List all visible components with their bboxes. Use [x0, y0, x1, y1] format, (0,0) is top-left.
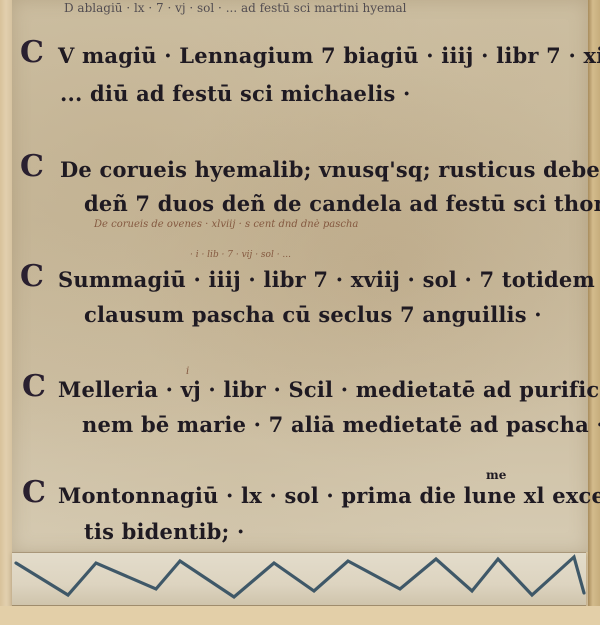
- marginal-gloss: De corueis de ovenes · xlviij · s cent d…: [94, 219, 358, 230]
- right-mount-edge: [588, 0, 600, 625]
- entry-line: V magiū · Lennagium 7 biagiū · iiij · li…: [58, 44, 600, 68]
- paragraph-marker: C: [20, 262, 44, 292]
- paragraph-marker: C: [22, 478, 46, 508]
- bottom-mount-edge: [0, 606, 600, 625]
- paragraph-marker: C: [20, 152, 44, 182]
- interlinear-gloss: · i · lib · 7 · vij · sol · ...: [190, 250, 291, 260]
- paragraph-marker: C: [20, 38, 44, 68]
- top-partial-line: D ablagiū · lx · 7 · vj · sol · ... ad f…: [64, 1, 407, 15]
- entry-line: ... diū ad festū sci michaelis ·: [60, 82, 411, 106]
- interlinear-gloss: i: [186, 366, 189, 377]
- entry-line: tis bidentib; ·: [84, 520, 245, 544]
- entry-line: De corueis hyemalib; vnusq'sq; rusticus …: [60, 158, 600, 182]
- entry-line: nem bē marie · 7 aliā medietatē ad pasch…: [82, 413, 600, 437]
- entry-line: Melleria · vj · libr · Scil · medietatē …: [58, 378, 600, 402]
- entry-line: clausum pascha cū seclus 7 anguillis ·: [84, 303, 542, 327]
- entry-line: Summagiū · iiij · libr 7 · xviij · sol ·…: [58, 268, 600, 292]
- entry-line: Montonnagiū · lx · sol · prima die lune …: [58, 484, 600, 508]
- paragraph-marker: C: [22, 372, 46, 402]
- entry-line: deñ 7 duos deñ de candela ad festū sci t…: [84, 192, 600, 216]
- superscript-abbreviation: me: [486, 468, 506, 482]
- attached-parchment-strip: [12, 552, 586, 607]
- zigzag-decoration-icon: [12, 553, 586, 605]
